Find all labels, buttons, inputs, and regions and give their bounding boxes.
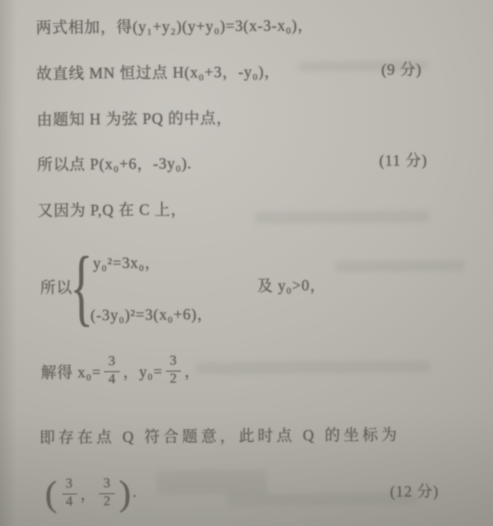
solution-line-fixed-point: 故直线 MN 恒过点 H(x₀+3，-y₀)， xyxy=(36,60,280,84)
page-content: 两式相加，得(y₁+y₂)(y+y₀)=3(x-3-x₀)， 故直线 MN 恒过… xyxy=(0,0,493,526)
bleed-through-smudge xyxy=(157,470,267,495)
fraction-denominator: 4 xyxy=(104,371,120,388)
fraction-numerator: 3 xyxy=(166,354,182,370)
fraction-y0: 3 2 xyxy=(166,354,182,387)
fraction-numerator: 3 xyxy=(99,477,115,493)
open-paren: ( xyxy=(45,476,58,512)
score-mark-11: (11 分) xyxy=(379,148,427,170)
fraction-numerator: 3 xyxy=(104,355,120,371)
system-equation-1: y₀²=3x₀， xyxy=(93,251,161,274)
system-prefix: 所以 xyxy=(40,276,72,298)
system-side-condition: 及 y₀>0， xyxy=(257,273,326,296)
answer-period: . xyxy=(132,484,137,502)
bleed-through-smudge xyxy=(255,210,430,224)
fraction-denominator: 4 xyxy=(62,493,78,510)
fraction-x0: 3 4 xyxy=(104,355,120,388)
conclusion-line: 即存在点 Q 符合题意，此时点 Q 的坐标为 xyxy=(39,423,400,448)
solve-prefix: 解得 x₀= xyxy=(41,360,102,383)
answer-comma: ， xyxy=(80,482,96,504)
solution-line-sum-equation: 两式相加，得(y₁+y₂)(y+y₀)=3(x-3-x₀)， xyxy=(36,13,314,37)
bleed-through-smudge xyxy=(196,360,431,374)
system-equation-2: (-3y₀)²=3(x₀+6)， xyxy=(90,302,213,325)
photographed-solution-page: 两式相加，得(y₁+y₂)(y+y₀)=3(x-3-x₀)， 故直线 MN 恒过… xyxy=(0,0,493,526)
solve-mid: ，y₀= xyxy=(123,360,163,382)
bleed-through-smudge xyxy=(335,260,465,272)
solution-line-on-curve: 又因为 P,Q 在 C 上， xyxy=(37,198,186,221)
fraction-answer-x: 3 4 xyxy=(61,477,77,510)
fraction-denominator: 2 xyxy=(166,370,182,387)
bleed-through-smudge xyxy=(227,493,417,507)
solution-line-midpoint: 由题知 H 为弦 PQ 的中点， xyxy=(37,106,233,130)
answer-coordinates: ( 3 4 ， 3 2 ) . xyxy=(44,467,137,520)
fraction-numerator: 3 xyxy=(61,477,77,493)
solution-line-point-p: 所以点 P(x₀+6，-3y₀). xyxy=(37,151,192,174)
close-paren: ) xyxy=(119,475,132,511)
bleed-through-smudge xyxy=(298,60,428,71)
fraction-answer-y: 3 2 xyxy=(99,477,115,510)
solve-result-line: 解得 x₀= 3 4 ，y₀= 3 2 ， xyxy=(41,346,201,395)
fraction-denominator: 2 xyxy=(99,493,115,510)
